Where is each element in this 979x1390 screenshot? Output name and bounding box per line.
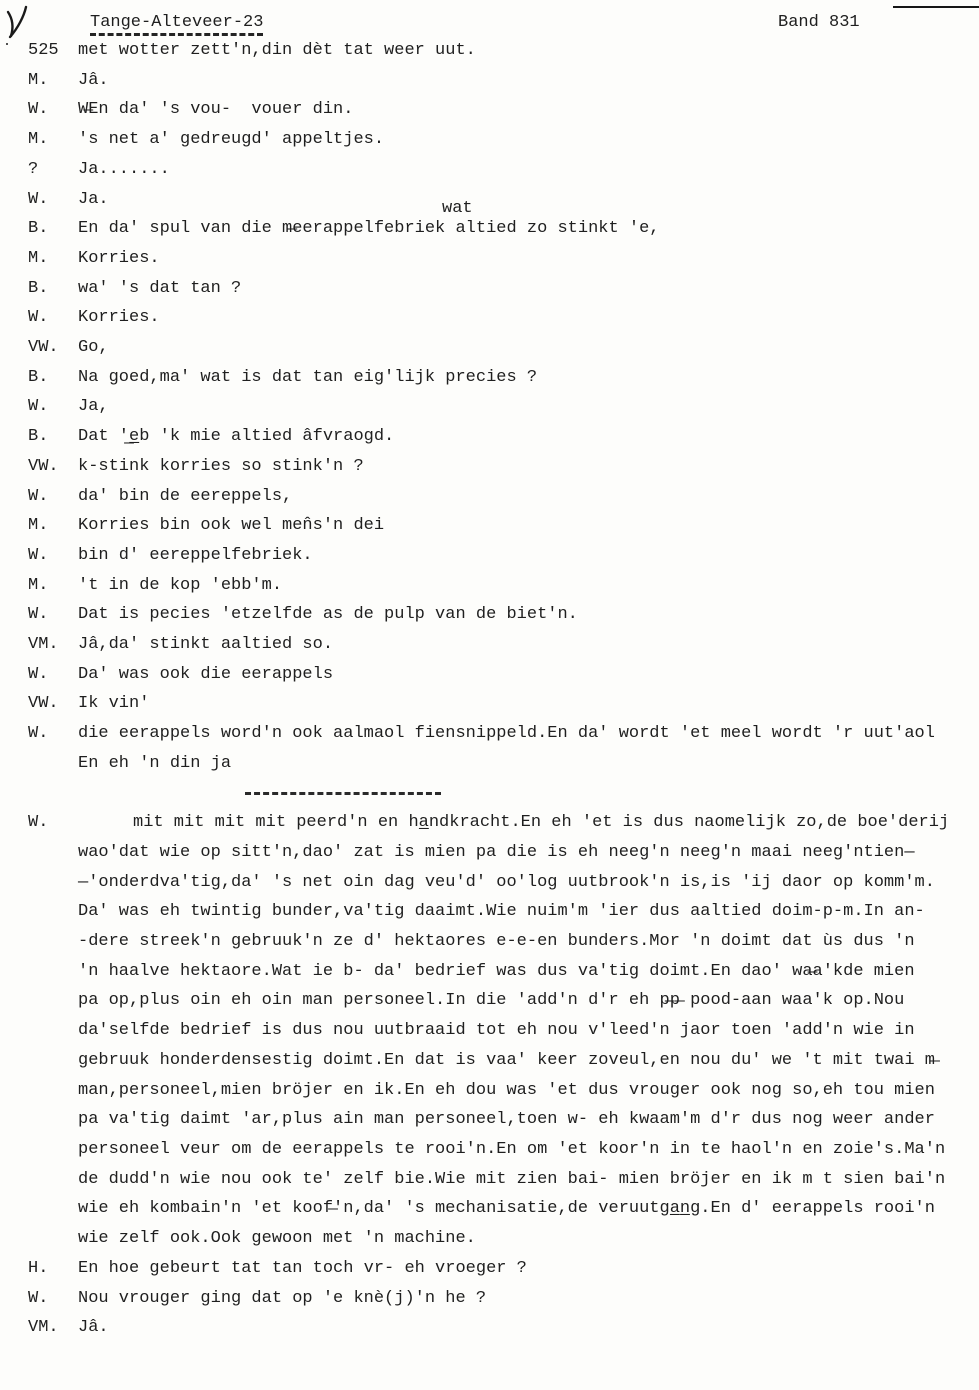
- dialogue-row: B.Na goed,ma' wat is dat tan eig'lijk pr…: [0, 363, 979, 393]
- utterance-text: Jâ.: [78, 66, 979, 96]
- dialogue-row: VW.Ik vin': [0, 689, 979, 719]
- dialogue-line: met wotter zett'n,din dèt tat weer uut.: [78, 36, 979, 66]
- utterance-text: Na goed,ma' wat is dat tan eig'lijk prec…: [78, 363, 979, 393]
- dialogue-line: pa va'tig daimt 'ar,plus ain man persone…: [78, 1105, 979, 1135]
- utterance-text: Ik vin': [78, 689, 979, 719]
- utterance-text: Jâ,da' stinkt aaltied so.: [78, 630, 979, 660]
- inserted-word: wat: [442, 200, 473, 217]
- dialogue-line: gebruuk honderdensestig doimt.En dat is …: [78, 1046, 979, 1076]
- dialogue-row: B.En da' spul van die m̶eerappelfebriek …: [0, 214, 979, 244]
- dialogue-line: Nou vrouger ging dat op 'e knè(j)'n he ?: [78, 1284, 979, 1314]
- dialogue-row: W.Dat is pecies 'etzelfde as de pulp van…: [0, 600, 979, 630]
- dialogue-line: da' bin de eereppels,: [78, 482, 979, 512]
- utterance-text: 's net a' gedreugd' appeltjes.: [78, 125, 979, 155]
- dialogue-line: —'onderdva'tig,da' 's net oin dag veu'd'…: [78, 868, 979, 898]
- dialogue-line: Dat '̲e̲b 'k mie altied âfvraogd.: [78, 422, 979, 452]
- utterance-text: Ja.: [78, 185, 979, 215]
- dialogue-line: personeel veur om de eerappels te rooi'n…: [78, 1135, 979, 1165]
- speaker-label: W.: [28, 392, 78, 422]
- dialogue-line: Dat is pecies 'etzelfde as de pulp van d…: [78, 600, 979, 630]
- dialogue-row: M.Korries bin ook wel men̂s'n dei: [0, 511, 979, 541]
- speaker-label: 525: [28, 36, 78, 66]
- dialogue-line: man,personeel,mien bröjer en ik.En eh do…: [78, 1076, 979, 1106]
- dialogue-row: H.En hoe gebeurt tat tan toch vr- eh vro…: [0, 1254, 979, 1284]
- speaker-label: W.: [28, 660, 78, 690]
- dialogue-line: Da' was eh twintig bunder,va'tig daaimt.…: [78, 897, 979, 927]
- dialogue-line: Korries.: [78, 303, 979, 333]
- speaker-label: B.: [28, 422, 78, 452]
- speaker-label: W.: [28, 1284, 78, 1314]
- speaker-label: VW.: [28, 689, 78, 719]
- dialogue-line: -dere streek'n gebruuk'n ze d' hektaores…: [78, 927, 979, 957]
- dialogue-line: Go,: [78, 333, 979, 363]
- utterance-text: bin d' eereppelfebriek.: [78, 541, 979, 571]
- speaker-label: W.: [28, 95, 78, 125]
- dialogue-line: mit mit mit mit peerd'n en ha̲ndkracht.E…: [78, 808, 979, 838]
- utterance-text: Korries bin ook wel men̂s'n dei: [78, 511, 979, 541]
- dialogue-line: Da' was ook die eerappels: [78, 660, 979, 690]
- speaker-label: M.: [28, 125, 78, 155]
- dialogue-row: W.Ja.: [0, 185, 979, 215]
- dialogue-line: die eerappels word'n ook aalmaol fiensni…: [78, 719, 979, 749]
- utterance-text: Nou vrouger ging dat op 'e knè(j)'n he ?: [78, 1284, 979, 1314]
- separator-row: [0, 779, 979, 809]
- speaker-label: H.: [28, 1254, 78, 1284]
- utterance-text: Korries.: [78, 303, 979, 333]
- dialogue-line: 'n haalve hektaore.Wat ie b- da' bedrief…: [78, 957, 979, 987]
- dialogue-row: M.Korries.: [0, 244, 979, 274]
- dialogue-line: 't in de kop 'ebb'm.: [78, 571, 979, 601]
- dialogue-line: wao'dat wie op sitt'n,dao' zat is mien p…: [78, 838, 979, 868]
- dialogue-row: M.'t in de kop 'ebb'm.: [0, 571, 979, 601]
- dialogue-line: En da' spul van die m̶eerappelfebriek al…: [78, 214, 979, 244]
- utterance-text: En hoe gebeurt tat tan toch vr- eh vroeg…: [78, 1254, 979, 1284]
- band-number: Band 831: [778, 13, 860, 32]
- speaker-label: W.: [28, 719, 78, 778]
- dialogue-row: M.Jâ.: [0, 66, 979, 96]
- page-title: Tange-Alteveer-23: [90, 13, 263, 36]
- utterance-text: Korries.: [78, 244, 979, 274]
- speaker-label: M.: [28, 244, 78, 274]
- dialogue-row: W.Ja,: [0, 392, 979, 422]
- utterance-text: die eerappels word'n ook aalmaol fiensni…: [78, 719, 979, 778]
- dialogue-line: Ik vin': [78, 689, 979, 719]
- dialogue-line: 's net a' gedreugd' appeltjes.: [78, 125, 979, 155]
- utterance-text: Jâ.: [78, 1313, 979, 1343]
- utterance-text: wa' 's dat tan ?: [78, 274, 979, 304]
- speaker-label: ?: [28, 155, 78, 185]
- utterance-text: Ja,: [78, 392, 979, 422]
- speaker-label: VW.: [28, 333, 78, 363]
- dialogue-row: B.Dat '̲e̲b 'k mie altied âfvraogd.: [0, 422, 979, 452]
- utterance-text: met wotter zett'n,din dèt tat weer uut.: [78, 36, 979, 66]
- speaker-label: VM.: [28, 630, 78, 660]
- speaker-label: M.: [28, 511, 78, 541]
- dialogue-row: VW.k-stink korries so stink'n ?: [0, 452, 979, 482]
- dialogue-body: 525met wotter zett'n,din dèt tat weer uu…: [0, 36, 979, 1343]
- dialogue-row: W.Korries.: [0, 303, 979, 333]
- dialogue-row: W.die eerappels word'n ook aalmaol fiens…: [0, 719, 979, 778]
- utterance-text: Dat is pecies 'etzelfde as de pulp van d…: [78, 600, 979, 630]
- speaker-label: W.: [28, 808, 78, 1254]
- speaker-label: W.: [28, 303, 78, 333]
- dialogue-row: W.bin d' eereppelfebriek.: [0, 541, 979, 571]
- dialogue-line: W̶En da' 's vou- vouer din.: [78, 95, 979, 125]
- dialogue-line: Jâ.: [78, 1313, 979, 1343]
- dialogue-line: wie zelf ook.Ook gewoon met 'n machine.: [78, 1224, 979, 1254]
- typed-dash-separator: [245, 792, 441, 795]
- dialogue-line: Jâ,da' stinkt aaltied so.: [78, 630, 979, 660]
- dialogue-line: En hoe gebeurt tat tan toch vr- eh vroeg…: [78, 1254, 979, 1284]
- dialogue-line: bin d' eereppelfebriek.: [78, 541, 979, 571]
- dialogue-line: Ja.: [78, 185, 979, 215]
- speaker-label: VM.: [28, 1313, 78, 1343]
- dialogue-row: B.wa' 's dat tan ?: [0, 274, 979, 304]
- utterance-text: k-stink korries so stink'n ?: [78, 452, 979, 482]
- dialogue-line: wa' 's dat tan ?: [78, 274, 979, 304]
- dialogue-row: W.Da' was ook die eerappels: [0, 660, 979, 690]
- speaker-label: M.: [28, 571, 78, 601]
- speaker-label: VW.: [28, 452, 78, 482]
- speaker-label: W.: [28, 541, 78, 571]
- speaker-label: W.: [28, 185, 78, 215]
- scan-edge-line: [893, 6, 979, 8]
- utterance-text: Ja.......: [78, 155, 979, 185]
- dialogue-row: VM.Jâ,da' stinkt aaltied so.: [0, 630, 979, 660]
- utterance-text: W̶En da' 's vou- vouer din.: [78, 95, 979, 125]
- dialogue-line: En eh 'n din ja: [78, 749, 979, 779]
- speaker-label: M.: [28, 66, 78, 96]
- dialogue-line: Korries bin ook wel men̂s'n dei: [78, 511, 979, 541]
- dialogue-line: pa op,plus oin eh oin man personeel.In d…: [78, 986, 979, 1016]
- utterance-text: Da' was ook die eerappels: [78, 660, 979, 690]
- dialogue-line: de dudd'n wie nou ook te' zelf bie.Wie m…: [78, 1165, 979, 1195]
- dialogue-line: Ja.......: [78, 155, 979, 185]
- utterance-text: Go,: [78, 333, 979, 363]
- dialogue-line: da'selfde bedrief is dus nou uutbraaid t…: [78, 1016, 979, 1046]
- utterance-text: mit mit mit mit peerd'n en ha̲ndkracht.E…: [78, 808, 979, 1254]
- dialogue-line: Ja,: [78, 392, 979, 422]
- speaker-label: B.: [28, 363, 78, 393]
- dialogue-row: W.Nou vrouger ging dat op 'e knè(j)'n he…: [0, 1284, 979, 1314]
- dialogue-line: Korries.: [78, 244, 979, 274]
- utterance-text: En da' spul van die m̶eerappelfebriek al…: [78, 214, 979, 244]
- dialogue-row: VM.Jâ.: [0, 1313, 979, 1343]
- dialogue-line: Jâ.: [78, 66, 979, 96]
- utterance-text: 't in de kop 'ebb'm.: [78, 571, 979, 601]
- transcript-page: Tange-Alteveer-23 Band 831 525met wotter…: [0, 0, 979, 1390]
- dialogue-line: k-stink korries so stink'n ?: [78, 452, 979, 482]
- dialogue-row: W.mit mit mit mit peerd'n en ha̲ndkracht…: [0, 808, 979, 1254]
- dialogue-row: M.'s net a' gedreugd' appeltjes.: [0, 125, 979, 155]
- speaker-label: W.: [28, 600, 78, 630]
- utterance-text: Dat '̲e̲b 'k mie altied âfvraogd.: [78, 422, 979, 452]
- dialogue-row: 525met wotter zett'n,din dèt tat weer uu…: [0, 36, 979, 66]
- dialogue-row: W.W̶En da' 's vou- vouer din.: [0, 95, 979, 125]
- speaker-label: B.: [28, 274, 78, 304]
- dialogue-row: VW.Go,: [0, 333, 979, 363]
- dialogue-line: wie eh kombain'n 'et koof̶'n,da' 's mech…: [78, 1194, 979, 1224]
- speaker-label: B.: [28, 214, 78, 244]
- dialogue-line: Na goed,ma' wat is dat tan eig'lijk prec…: [78, 363, 979, 393]
- dialogue-row: ?Ja.......: [0, 155, 979, 185]
- utterance-text: da' bin de eereppels,: [78, 482, 979, 512]
- speaker-label: W.: [28, 482, 78, 512]
- dialogue-row: W.da' bin de eereppels,: [0, 482, 979, 512]
